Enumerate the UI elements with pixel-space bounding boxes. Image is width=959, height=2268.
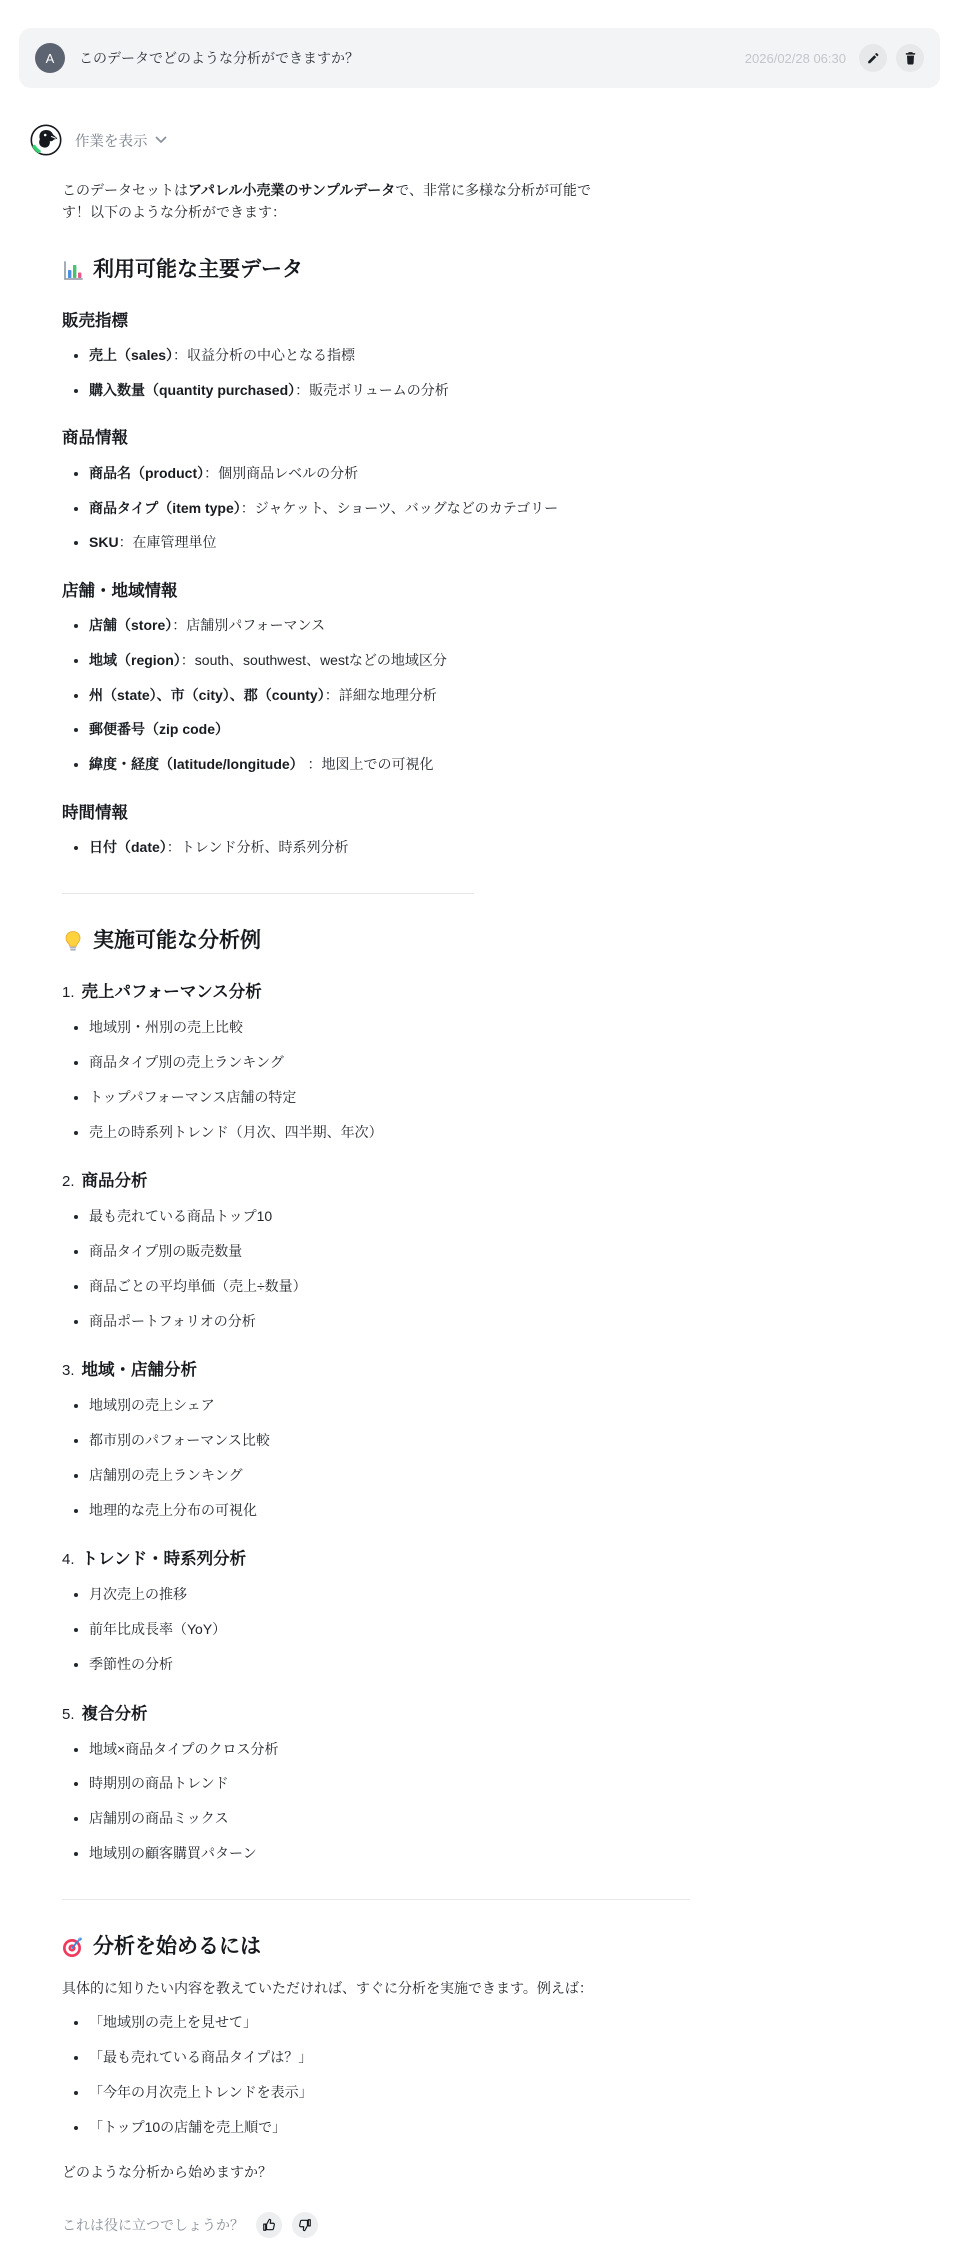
thumbs-down-icon xyxy=(298,2218,312,2232)
message-timestamp: 2026/02/28 06:30 xyxy=(745,51,846,66)
subsection-heading: 時間情報 xyxy=(62,803,594,824)
list-item: 店舗（store）：店舗別パフォーマンス xyxy=(89,615,594,637)
feedback-row: これは役に立つでしょうか？ xyxy=(62,2212,959,2238)
bullet-list: 地域別・州別の売上比較 商品タイプ別の売上ランキング トップパフォーマンス店舗の… xyxy=(62,1017,594,1143)
message-meta: 2026/02/28 06:30 xyxy=(745,44,924,72)
list-item: 州（state）、市（city）、郡（county）：詳細な地理分析 xyxy=(89,685,594,707)
list-item: 都市別のパフォーマンス比較 xyxy=(89,1430,594,1452)
list-item: 地域（region）：south、southwest、westなどの地域区分 xyxy=(89,650,594,672)
list-item: 「最も売れている商品タイプは？」 xyxy=(89,2047,594,2069)
list-item: 商品タイプ別の販売数量 xyxy=(89,1241,594,1263)
subsection-heading: 商品情報 xyxy=(62,428,594,449)
edit-button[interactable] xyxy=(859,44,887,72)
list-item: 商品ポートフォリオの分析 xyxy=(89,1311,594,1333)
list-item: 商品タイプ別の売上ランキング xyxy=(89,1052,594,1074)
bullet-list: 地域×商品タイプのクロス分析 時期別の商品トレンド 店舗別の商品ミックス 地域別… xyxy=(62,1739,594,1865)
list-item: 前年比成長率（YoY） xyxy=(89,1619,594,1641)
subsection-heading: 店舗・地域情報 xyxy=(62,581,594,602)
numbered-heading: 4. トレンド・時系列分析 xyxy=(62,1548,594,1571)
bullet-list: 売上（sales）：収益分析の中心となる指標 購入数量（quantity pur… xyxy=(62,345,594,401)
list-item: 地域別・州別の売上比較 xyxy=(89,1017,594,1039)
pencil-icon xyxy=(866,51,880,65)
user-message-text: このデータでどのような分析ができますか？ xyxy=(79,48,745,68)
bullet-list: 地域別の売上シェア 都市別のパフォーマンス比較 店舗別の売上ランキング 地理的な… xyxy=(62,1395,594,1521)
bullet-list: 月次売上の推移 前年比成長率（YoY） 季節性の分析 xyxy=(62,1584,594,1675)
chevron-down-icon xyxy=(155,136,167,144)
list-item: 店舗別の売上ランキング xyxy=(89,1465,594,1487)
list-item: 郵便番号（zip code） xyxy=(89,719,594,741)
list-item: 「今年の月次売上トレンドを表示」 xyxy=(89,2082,594,2104)
feedback-question: これは役に立つでしょうか？ xyxy=(62,2215,244,2235)
numbered-heading: 2. 商品分析 xyxy=(62,1170,594,1193)
thumbs-up-button[interactable] xyxy=(256,2212,282,2238)
dog-logo-icon xyxy=(30,124,62,156)
target-emoji-icon xyxy=(62,1936,84,1958)
thumbs-up-icon xyxy=(262,2218,276,2232)
intro-paragraph: このデータセットはアパレル小売業のサンプルデータで、非常に多様な分析が可能です！… xyxy=(62,180,594,223)
closing-question: どのような分析から始めますか？ xyxy=(62,2162,594,2184)
list-item: 売上の時系列トレンド（月次、四半期、年次） xyxy=(89,1122,594,1144)
list-item: 月次売上の推移 xyxy=(89,1584,594,1606)
assistant-header: 作業を表示 xyxy=(30,124,959,156)
bullet-list: 日付（date）：トレンド分析、時系列分析 xyxy=(62,837,594,859)
show-work-toggle[interactable]: 作業を表示 xyxy=(75,130,167,151)
list-item: 地理的な売上分布の可視化 xyxy=(89,1500,594,1522)
trash-icon xyxy=(904,51,917,65)
list-item: 最も売れている商品トップ10 xyxy=(89,1206,594,1228)
list-item: 季節性の分析 xyxy=(89,1654,594,1676)
list-item: 購入数量（quantity purchased）：販売ボリュームの分析 xyxy=(89,380,594,402)
list-item: 商品名（product）：個別商品レベルの分析 xyxy=(89,463,594,485)
divider xyxy=(62,1899,690,1900)
numbered-heading: 5. 複合分析 xyxy=(62,1703,594,1726)
list-item: 商品タイプ（item type）：ジャケット、ショーツ、バッグなどのカテゴリー xyxy=(89,498,594,520)
list-item: 時期別の商品トレンド xyxy=(89,1773,594,1795)
delete-button[interactable] xyxy=(896,44,924,72)
list-item: 店舗別の商品ミックス xyxy=(89,1808,594,1830)
list-item: トップパフォーマンス店舗の特定 xyxy=(89,1087,594,1109)
list-item: 日付（date）：トレンド分析、時系列分析 xyxy=(89,837,594,859)
user-message-bubble: A このデータでどのような分析ができますか？ 2026/02/28 06:30 xyxy=(19,28,940,88)
bullet-list: 商品名（product）：個別商品レベルの分析 商品タイプ（item type）… xyxy=(62,463,594,554)
start-lead: 具体的に知りたい内容を教えていただければ、すぐに分析を実施できます。例えば： xyxy=(62,1978,594,2000)
list-item: 地域別の顧客購買パターン xyxy=(89,1843,594,1865)
lightbulb-emoji-icon xyxy=(62,930,84,952)
list-item: 「地域別の売上を見せて」 xyxy=(89,2012,594,2034)
bullet-list: 「地域別の売上を見せて」 「最も売れている商品タイプは？」 「今年の月次売上トレ… xyxy=(62,2012,594,2138)
thumbs-down-button[interactable] xyxy=(292,2212,318,2238)
numbered-heading: 3. 地域・店舗分析 xyxy=(62,1359,594,1382)
list-item: 商品ごとの平均単価（売上÷数量） xyxy=(89,1276,594,1298)
numbered-heading: 1. 売上パフォーマンス分析 xyxy=(62,981,594,1004)
bullet-list: 店舗（store）：店舗別パフォーマンス 地域（region）：south、so… xyxy=(62,615,594,775)
section-heading-start: 分析を始めるには xyxy=(62,1934,594,1960)
list-item: 売上（sales）：収益分析の中心となる指標 xyxy=(89,345,594,367)
bullet-list: 最も売れている商品トップ10 商品タイプ別の販売数量 商品ごとの平均単価（売上÷… xyxy=(62,1206,594,1332)
bar-chart-emoji-icon xyxy=(62,260,84,282)
list-item: SKU：在庫管理単位 xyxy=(89,532,594,554)
list-item: 地域×商品タイプのクロス分析 xyxy=(89,1739,594,1761)
subsection-heading: 販売指標 xyxy=(62,311,594,332)
section-heading-analysis: 実施可能な分析例 xyxy=(62,928,594,954)
section-heading-data: 利用可能な主要データ xyxy=(62,257,594,283)
list-item: 緯度・経度（latitude/longitude） ：地図上での可視化 xyxy=(89,754,594,776)
divider xyxy=(62,893,474,894)
list-item: 地域別の売上シェア xyxy=(89,1395,594,1417)
user-avatar: A xyxy=(35,43,65,73)
show-work-label: 作業を表示 xyxy=(75,130,148,151)
assistant-message: このデータセットはアパレル小売業のサンプルデータで、非常に多様な分析が可能です！… xyxy=(62,180,594,2184)
